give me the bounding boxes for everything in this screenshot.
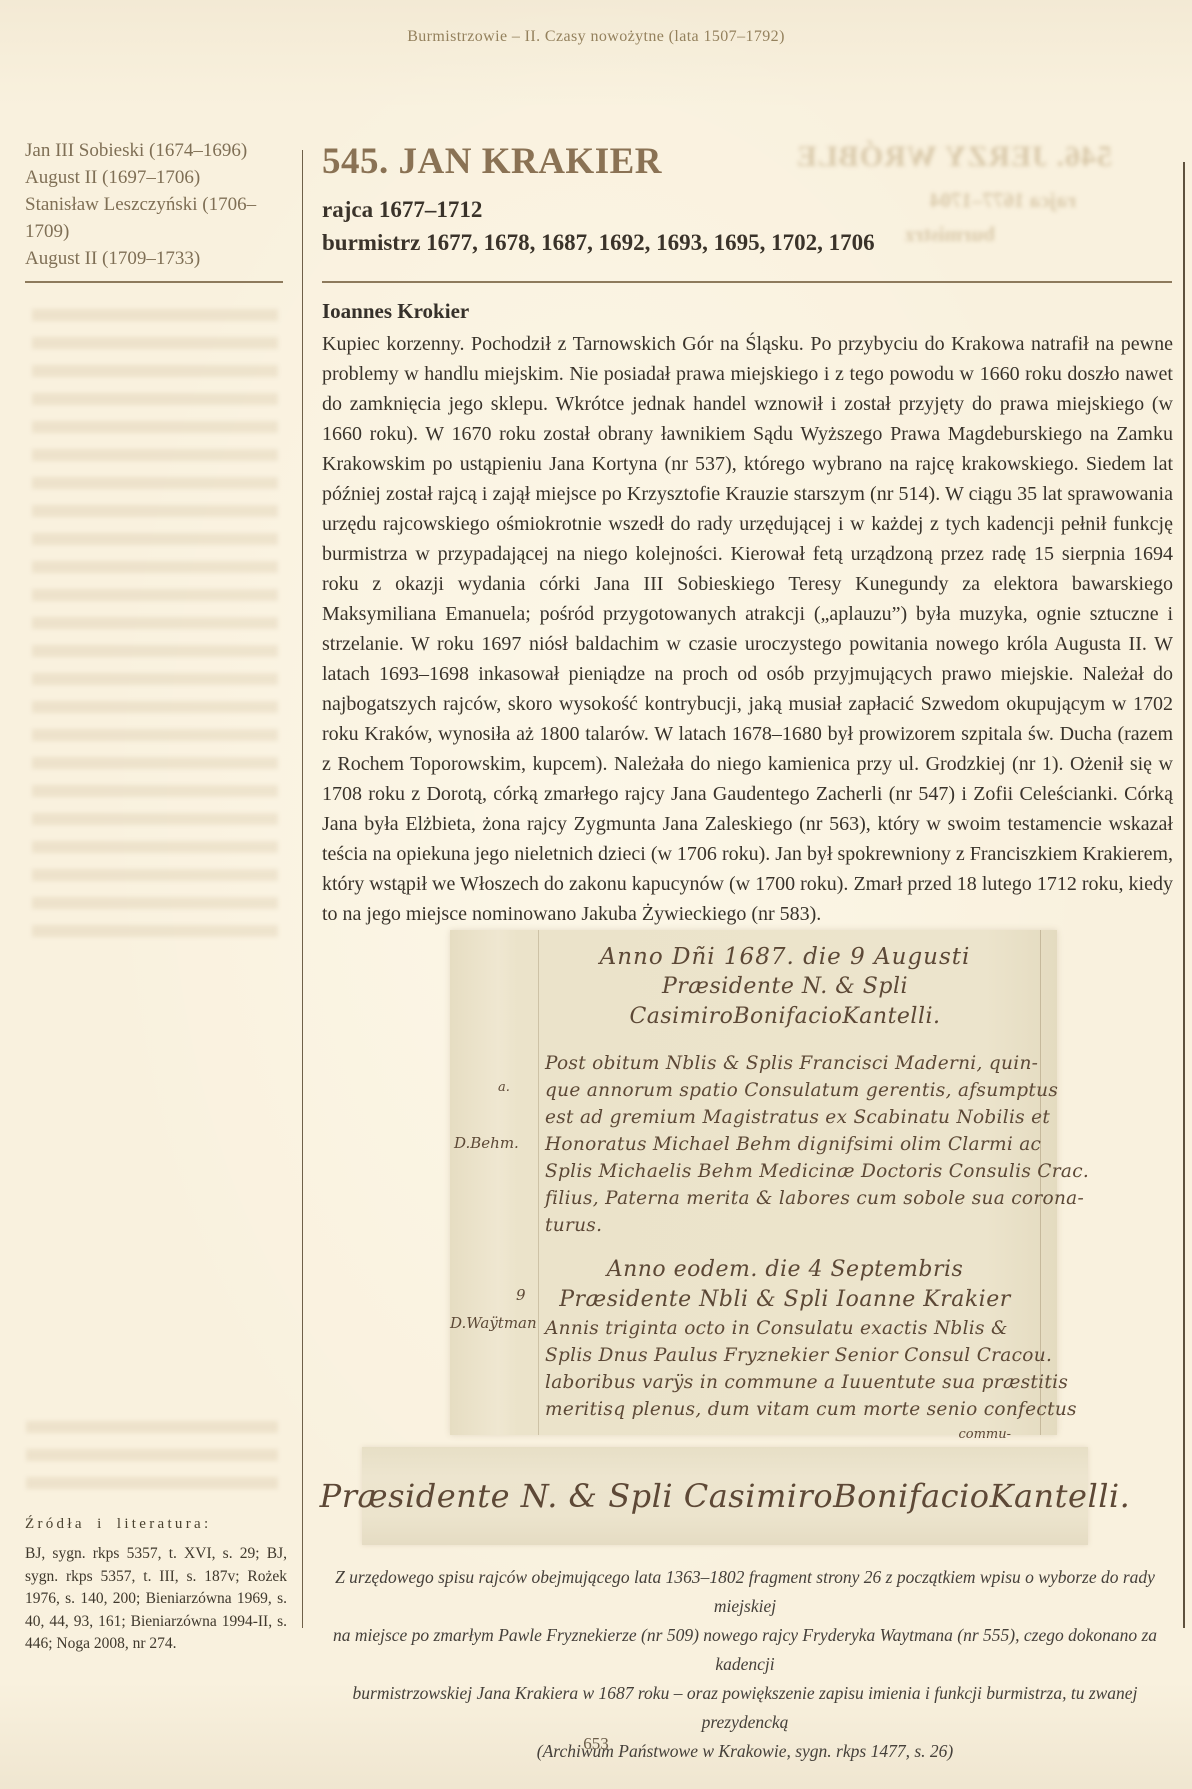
manuscript-detail-text: Præsidente N. & Spli CasimiroBonifacioKa… [320,1477,1131,1515]
figure-caption-line: burmistrzowskiej Jana Krakiera w 1687 ro… [310,1679,1180,1737]
book-page: Burmistrzowie – II. Czasy nowożytne (lat… [0,0,1192,1789]
manuscript-line: que annorum spatio Consulatum gerentis, … [545,1077,1025,1104]
manuscript-anno-heading-2: Anno eodem. die 4 Septembris [545,1255,1025,1285]
entry-biography-text: Kupiec korzenny. Pochodził z Tarnowskich… [322,329,1173,929]
ruler-item: August II (1697–1706) [25,164,290,191]
sidebar-horizontal-rule [25,281,283,283]
manuscript-margin-note-behm: D.Behm. [454,1134,519,1152]
bleed-through-rajca-line: rajca 1677–1704 [930,188,1076,213]
ruler-item: Jan III Sobieski (1674–1696) [25,137,290,164]
manuscript-text-block: Anno Dñi 1687. die 9 Augusti Præsidente … [545,942,1025,1454]
manuscript-line: turus. [545,1212,1025,1239]
entry-burmistrz-years: burmistrz 1677, 1678, 1687, 1692, 1693, … [322,230,875,256]
manuscript-margin-note-9: 9 [516,1286,526,1304]
manuscript-facsimile: a. D.Behm. 9 D.Waÿtman Anno Dñi 1687. di… [450,930,1057,1435]
manuscript-detail-strip: Præsidente N. & Spli CasimiroBonifacioKa… [362,1447,1088,1545]
manuscript-line: est ad gremium Magistratus ex Scabinatu … [545,1104,1025,1131]
ruler-item: Stanisław Leszczyński (1706–1709) [25,191,290,245]
manuscript-line: Honoratus Michael Behm dignifsimi olim C… [545,1131,1025,1158]
sources-heading: Źródła i literatura: [25,1516,211,1533]
entry-rajca-years: rajca 1677–1712 [322,197,482,223]
manuscript-margin-note: a. [498,1080,510,1095]
manuscript-line: Splis Michaelis Behm Medicinæ Doctoris C… [545,1158,1025,1185]
manuscript-anno-heading: Anno Dñi 1687. die 9 Augusti [545,942,1025,972]
manuscript-line: Splis Dnus Paulus Fryznekier Senior Cons… [545,1342,1025,1369]
manuscript-line: meritisq plenus, dum vitam cum morte sen… [545,1396,1025,1423]
column-divider-left [302,150,303,1628]
page-number: 653 [0,1734,1192,1754]
figure-caption-line: na miejsce po zmarłym Pawle Fryznekierze… [310,1621,1180,1679]
figure-caption-line: Z urzędowego spisu rajców obejmującego l… [310,1563,1180,1621]
bleed-through-next-entry-title: 546. JERZY WRÓBLE [762,140,1112,174]
entry-horizontal-rule [322,281,1172,283]
bleed-through-burmistrz-line: burmistrz [905,222,995,247]
ruler-item: August II (1709–1733) [25,245,290,272]
manuscript-president-heading: Præsidente N. & Spli CasimiroBonifacioKa… [545,972,1025,1032]
bleed-through-text-block-lower [26,1412,278,1500]
bleed-through-text-block-upper [32,300,278,940]
manuscript-line: Annis triginta octo in Consulatu exactis… [545,1315,1025,1342]
running-header: Burmistrzowie – II. Czasy nowożytne (lat… [0,28,1192,46]
manuscript-line: laboribus varÿs in commune a Iuuentute s… [545,1369,1025,1396]
entry-number-title: 545. JAN KRAKIER [322,140,662,183]
sidebar-rulers-list: Jan III Sobieski (1674–1696) August II (… [25,137,290,272]
manuscript-catchword: commu- [545,1427,1025,1442]
manuscript-line: Post obitum Nblis & Splis Francisci Made… [545,1050,1025,1077]
manuscript-president-heading-2: Præsidente Nbli & Spli Ioanne Krakier [545,1285,1025,1315]
sources-text: BJ, sygn. rkps 5357, t. XVI, s. 29; BJ, … [25,1543,287,1656]
manuscript-gap [545,1032,1025,1050]
manuscript-gap [545,1239,1025,1255]
entry-latin-name: Ioannes Krokier [322,299,469,324]
manuscript-margin-note-waytman: D.Waÿtman [450,1314,537,1332]
column-divider-right [1183,162,1185,1628]
manuscript-line: filius, Paterna merita & labores cum sob… [545,1185,1025,1212]
